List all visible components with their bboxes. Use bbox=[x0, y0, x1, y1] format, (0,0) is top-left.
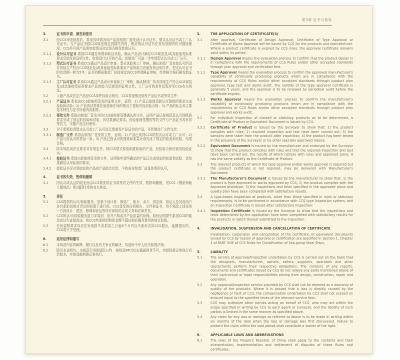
paragraph-number: 6.2 bbox=[43, 248, 48, 252]
section-heading: 3.THE APPLICATION OF CERTIFICATE(S) bbox=[197, 32, 353, 36]
paragraph: 3.1.2Type Approval means the evaluation … bbox=[197, 70, 353, 96]
paragraph-text: A type-based inspection of products, oth… bbox=[211, 195, 354, 208]
paragraph-text: 系指由制造厂签发并经CCS验船师签署确认的文件，证明产品已按规范及认可图纸的要求… bbox=[57, 113, 193, 126]
section-heading: 5.责任 bbox=[43, 194, 192, 198]
paragraph-number: 5.4 bbox=[197, 315, 202, 319]
paragraph: 3.1.3Works Approval means the evaluation… bbox=[197, 97, 353, 114]
paragraph-text: means the evaluation process to confirm … bbox=[211, 70, 354, 96]
paragraph-text: After approval, Certificate of Design Ap… bbox=[211, 38, 354, 55]
column-chinese: 3.证书的申请、颁发和使用3.1经CCS审查批准后，将视具体情况向产品及制造厂颁… bbox=[43, 32, 192, 258]
section-heading: 4.INVALIDATION, SUSPENSION AND CANCELLAT… bbox=[197, 226, 353, 230]
paragraph: 3.3.1The Manufacturer's Document is issu… bbox=[197, 176, 353, 193]
paragraph-text: CCS提供的认可/检验服务，是基于设计者、制造厂、船东、卖方、供应商、营运人及其… bbox=[57, 200, 193, 213]
section-title: 责任 bbox=[57, 194, 64, 198]
section-title: 证书的申请、颁发和使用 bbox=[57, 32, 93, 36]
paragraph-number: 6.1 bbox=[197, 339, 202, 343]
paragraph: 6.2Unless otherwise specified in CCS, th… bbox=[197, 353, 353, 354]
paragraph: 5.2Any approval/inspection service provi… bbox=[197, 283, 353, 300]
paragraph-text: 系指由制造厂签发的文件，证明：1) 产品已取得CCS的型式认可或工厂认可；2) … bbox=[57, 133, 193, 146]
paragraph: 3.1After approval, Certificate of Design… bbox=[197, 38, 353, 55]
paragraph-number: 3.4 bbox=[43, 147, 48, 151]
paragraph-number: 3.1.1 bbox=[197, 56, 205, 60]
section-title: LIABILITY bbox=[211, 250, 228, 254]
paragraph-number: 6.2 bbox=[197, 353, 202, 354]
paragraph: 3.1.1设计认可证书 系指CCS通过审图和验证试验，确认产品设计满足CCS规范… bbox=[43, 52, 192, 61]
paragraph-text: 系指CCS通过审图和验证试验，确认产品设计满足CCS规范及/或其他接受标准要求后… bbox=[57, 52, 193, 60]
paragraph-number: 3.1.2 bbox=[197, 70, 205, 74]
paragraph-number: 3.2 bbox=[43, 94, 48, 98]
section-number: 4. bbox=[43, 175, 47, 179]
section-heading: 6.APPLICABLE LAWS AND ABBREVIATIONS bbox=[197, 333, 353, 337]
section-title: THE APPLICATION OF CERTIFICATE(S) bbox=[211, 32, 279, 36]
section: 5.责任5.1CCS提供的认可/检验服务，是基于设计者、制造厂、船东、卖方、供应… bbox=[43, 194, 192, 232]
paragraph-number: 3.4 bbox=[197, 195, 202, 199]
paragraph-text: 任何索赔要求均应在发现损失或损害之日起6个月内以书面形式向CCS提出，逾期提出的… bbox=[57, 224, 193, 232]
paragraph: 4.1因认可或认证的改变而由CCS颁发的证书或等效文件的失效、暂停和撤销，见CC… bbox=[43, 181, 192, 190]
section-number: 3. bbox=[43, 32, 47, 36]
paragraph: 3.1.1Design Approval means the evaluatio… bbox=[197, 56, 353, 69]
column-english: 3.THE APPLICATION OF CERTIFICATE(S)3.1Af… bbox=[197, 32, 353, 354]
section: 3.THE APPLICATION OF CERTIFICATE(S)3.1Af… bbox=[197, 32, 353, 222]
section-title: APPLICABLE LAWS AND ABBREVIATIONS bbox=[211, 333, 284, 337]
paragraph-number: 3.1.3 bbox=[197, 97, 205, 101]
paragraph-number: 3.3 bbox=[43, 128, 48, 132]
paragraph-text: 除另有说明外，本规范引用的国际公约、规则及IMO决议/通函的章节号，均指经修正的… bbox=[57, 248, 193, 256]
paragraph-number: 3.2.1 bbox=[197, 126, 205, 130]
paragraph: 5.3CCS may authorize other parties actin… bbox=[197, 301, 353, 314]
paragraph-number: 3.1.3 bbox=[43, 80, 51, 84]
paragraph-number: 4.1 bbox=[43, 181, 48, 185]
paragraph: 5.1CCS提供的认可/检验服务，是基于设计者、制造厂、船东、卖方、供应商、营运… bbox=[43, 200, 192, 213]
paragraph: 5.1The service of approval/inspection un… bbox=[197, 256, 353, 282]
paragraph-text: For individual inspection of classed or … bbox=[211, 116, 354, 124]
paragraph-text: Any approval/inspection service provided… bbox=[211, 283, 354, 300]
paragraph-number: 5.2 bbox=[197, 283, 202, 287]
paragraph-text: 系指由验船师签发的文件，证明按申请所确定的产品已完成规定的检验和试验，其结果满足… bbox=[57, 157, 193, 165]
paragraph-text: The relevant products of which the type … bbox=[211, 162, 354, 175]
section: 3.证书的申请、颁发和使用3.1经CCS审查批准后，将视具体情况向产品及制造厂颁… bbox=[43, 32, 192, 171]
paragraph-number: 5.1 bbox=[197, 256, 202, 260]
paragraph-number: 6.1 bbox=[43, 243, 48, 247]
paragraph-text: 系指CCS通过产品设计审查、型式试验和工厂审核，确认制造厂具有按认可的设计持续生… bbox=[57, 62, 193, 79]
paragraph: 3.4.1检验证书 系指由验船师签发的文件，证明按申请所确定的产品已完成规定的检… bbox=[43, 157, 192, 166]
page-header-label: 第3章 证书与检验 bbox=[43, 18, 332, 22]
paragraph-text: 检验证书仅对受检验的产品或产品批次有效，不构成对制造厂质量体系的认可。 bbox=[57, 166, 171, 170]
paragraph: 5.2CCS的认可/检验服务虽力求周到，但并不构成对产品质量的担保。如经证明损失… bbox=[43, 214, 192, 223]
paragraph-text: 经CCS审查批准后，将视具体情况向产品及制造厂颁发设计认可证书、型式认可证书或工… bbox=[57, 38, 193, 51]
paragraph: 3.1经CCS审查批准后，将视具体情况向产品及制造厂颁发设计认可证书、型式认可证… bbox=[43, 38, 192, 51]
paragraph-number: 3.2.1 bbox=[43, 99, 51, 103]
paragraph-number: 3.1.1 bbox=[43, 52, 51, 56]
section-number: 4. bbox=[197, 226, 201, 230]
paragraph-text: 系指由CCS验船师签发的证明文件，证明：1) 产品已按规范和认可图纸的要求完成检… bbox=[57, 99, 193, 112]
paragraph: 3.2入级产品或法定产品经CCS单件检验合格后，CCS将视情况颁发产品证书或等效… bbox=[43, 94, 192, 98]
paragraph-text: CCS的认可/检验服务虽力求周到，但并不构成对产品质量的担保。如经证明损失系因C… bbox=[57, 214, 193, 222]
paragraph-text: Unless otherwise specified in CCS, the c… bbox=[211, 353, 354, 354]
paragraph-number: 3.3.1 bbox=[43, 133, 51, 137]
paragraph: 3.2.2等效文件 系指由制造厂签发并经CCS验船师签署确认的文件，证明产品已按… bbox=[43, 113, 192, 126]
paragraph-text: The service of approval/inspection under… bbox=[211, 256, 354, 282]
document-page: 第3章 证书与检验 3.证书的申请、颁发和使用3.1经CCS审查批准后，将视具体… bbox=[25, 5, 373, 354]
paragraph-number: 3.4.1 bbox=[43, 157, 51, 161]
paragraph-number: 5.1 bbox=[43, 200, 48, 204]
section-number: 6. bbox=[197, 333, 201, 337]
paragraph: 3.3The relevant products of which the ty… bbox=[197, 162, 353, 175]
section: 5.LIABILITY5.1The service of approval/in… bbox=[197, 250, 353, 328]
section-number: 6. bbox=[43, 237, 47, 241]
section-number: 3. bbox=[197, 32, 201, 36]
paragraph-number: 3.3.1 bbox=[197, 176, 205, 180]
paragraph-number: 5.3 bbox=[43, 224, 48, 228]
paragraph-number: 5.3 bbox=[197, 301, 202, 305]
section-number: 5. bbox=[197, 250, 201, 254]
document-background: 第3章 证书与检验 3.证书的申请、颁发和使用3.1经CCS审查批准后，将视具体… bbox=[0, 0, 400, 360]
section: 4.证书的失效、暂停和撤销4.1因认可或认证的改变而由CCS颁发的证书或等效文件… bbox=[43, 175, 192, 190]
paragraph-number: 3.4.2 bbox=[43, 166, 51, 170]
paragraph: 5.4Any claim for any loss or damage as r… bbox=[197, 315, 353, 328]
section-number: 5. bbox=[43, 194, 47, 198]
section-heading: 6.适用法律和缩写 bbox=[43, 237, 192, 241]
paragraph-number: 3.4.1 bbox=[197, 209, 205, 213]
paragraph-text: 对于需要取得型式认可或工厂认可而无需颁发产品证书的产品，可凭制造厂文件交货： bbox=[57, 128, 181, 132]
paragraph-text: Any claim for any loss or damage as refe… bbox=[211, 315, 354, 328]
paragraph: 3.4A type-based inspection of products, … bbox=[197, 195, 353, 208]
paragraph: 3.2.1产品证书 系指由CCS验船师签发的证明文件，证明：1) 产品已按规范和… bbox=[43, 99, 192, 112]
paragraph: 6.2除另有说明外，本规范引用的国际公约、规则及IMO决议/通函的章节号，均指经… bbox=[43, 248, 192, 257]
paragraph-number: 5.2 bbox=[43, 214, 48, 218]
paragraph-number: 3.1.2 bbox=[43, 62, 51, 66]
paragraph-text: 入级产品或法定产品经CCS单件检验合格后，CCS将视情况颁发产品证书或等效文件： bbox=[57, 94, 181, 98]
paragraph-number: 3.2 bbox=[197, 116, 202, 120]
paragraph: 3.2.1Certificate of Product is issued by… bbox=[197, 126, 353, 143]
paragraph-text: The laws of the People's Republic of Chi… bbox=[211, 339, 354, 352]
paragraph: 6.1The laws of the People's Republic of … bbox=[197, 339, 353, 352]
section: 6.适用法律和缩写6.1本规范内容的解释、履行以及有关争议的解决，均适用中华人民… bbox=[43, 237, 192, 257]
section-heading: 5.LIABILITY bbox=[197, 250, 353, 254]
paragraph: 3.1.3工厂认可证书 系指CCS通过产品设计审查和工厂审核，确认制造厂具有持续… bbox=[43, 80, 192, 93]
paragraph-number: 3.1 bbox=[43, 38, 48, 42]
paragraph: 3.2For individual inspection of classed … bbox=[197, 116, 353, 125]
paragraph: 3.4.2检验证书仅对受检验的产品或产品批次有效，不构成对制造厂质量体系的认可。 bbox=[43, 166, 192, 170]
header-rule bbox=[43, 25, 332, 26]
paragraph-text: 系指CCS通过产品设计审查和工厂审核，确认制造厂具有持续生产符合CCS规范及/或… bbox=[57, 80, 193, 93]
section-title: 适用法律和缩写 bbox=[57, 237, 80, 241]
paragraph: 3.4除本规范或法定要求另有规定外，按CCS型式检验制度检验的产品，经检验合格后… bbox=[43, 147, 192, 156]
paragraph: 3.4.1Inspection Certificate is issued by… bbox=[197, 209, 353, 222]
paragraph-number: 3.2.2 bbox=[197, 144, 205, 148]
paragraph-text: 除本规范或法定要求另有规定外，按CCS型式检验制度检验的产品，经检验合格后颁发检… bbox=[57, 147, 193, 155]
paragraph-number: 3.2.2 bbox=[43, 113, 51, 117]
paragraph-text: 本规范内容的解释、履行以及有关争议的解决，均适用中华人民共和国法律。 bbox=[57, 243, 168, 247]
paragraph: 3.3.1制造厂文件 系指由制造厂签发的文件，证明：1) 产品已取得CCS的型式… bbox=[43, 133, 192, 146]
paragraph: 3.3对于需要取得型式认可或工厂认可而无需颁发产品证书的产品，可凭制造厂文件交货… bbox=[43, 128, 192, 132]
section-heading: 3.证书的申请、颁发和使用 bbox=[43, 32, 192, 36]
section-title: 证书的失效、暂停和撤销 bbox=[57, 175, 93, 179]
paragraph: 6.1本规范内容的解释、履行以及有关争议的解决，均适用中华人民共和国法律。 bbox=[43, 243, 192, 247]
paragraph: 5.3任何索赔要求均应在发现损失或损害之日起6个月内以书面形式向CCS提出，逾期… bbox=[43, 224, 192, 233]
paragraph: 3.2.2Equivalent Document is issued by th… bbox=[197, 144, 353, 161]
paragraph-text: 因认可或认证的改变而由CCS颁发的证书或等效文件的失效、暂停和撤销，见CCS《钢… bbox=[57, 181, 193, 189]
paragraph-text: CCS may authorize other parties acting o… bbox=[211, 301, 354, 314]
paragraph: Invalidation, suspension and cancellatio… bbox=[197, 232, 353, 245]
paragraph-number: 3.3 bbox=[197, 162, 202, 166]
paragraph-number: 3.1 bbox=[197, 38, 202, 42]
paragraph: 3.1.2型式认可证书 系指CCS通过产品设计审查、型式试验和工厂审核，确认制造… bbox=[43, 62, 192, 79]
section: 4.INVALIDATION, SUSPENSION AND CANCELLAT… bbox=[197, 226, 353, 245]
paragraph-text: Invalidation, suspension and cancellatio… bbox=[211, 232, 354, 245]
section-heading: 4.证书的失效、暂停和撤销 bbox=[43, 175, 192, 179]
section-title: INVALIDATION, SUSPENSION AND CANCELLATIO… bbox=[211, 226, 331, 230]
section: 6.APPLICABLE LAWS AND ABBREVIATIONS6.1Th… bbox=[197, 333, 353, 354]
